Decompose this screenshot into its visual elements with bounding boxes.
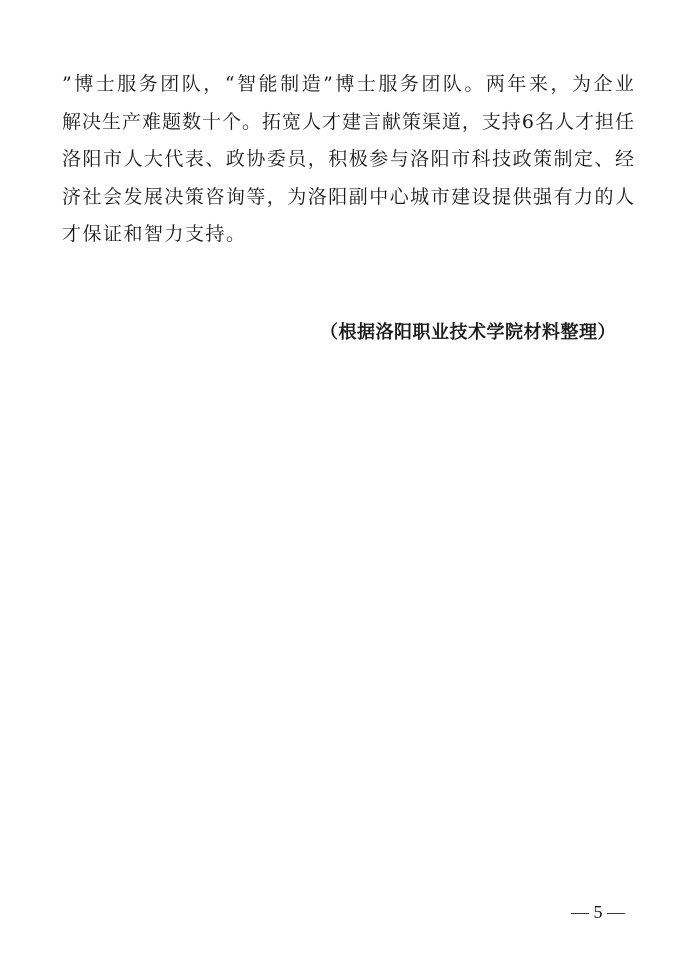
paragraph-line: 洛阳市人大代表、政协委员，积极参与洛阳市科技政策制定、经	[62, 141, 634, 179]
document-page: ”博士服务团队，“智能制造”博士服务团队。两年来，为企业 解决生产难题数十个。拓…	[0, 0, 697, 954]
paragraph-line: ”博士服务团队，“智能制造”博士服务团队。两年来，为企业	[62, 66, 634, 104]
body-paragraph: ”博士服务团队，“智能制造”博士服务团队。两年来，为企业 解决生产难题数十个。拓…	[62, 66, 634, 254]
paragraph-line: 才保证和智力支持。	[62, 216, 634, 254]
paragraph-line: 解决生产难题数十个。拓宽人才建言献策渠道，支持6名人才担任	[62, 104, 634, 142]
paragraph-line: 济社会发展决策咨询等，为洛阳副中心城市建设提供强有力的人	[62, 179, 634, 217]
page-number: — 5 —	[563, 898, 633, 926]
source-attribution: （根据洛阳职业技术学院材料整理）	[320, 318, 620, 348]
